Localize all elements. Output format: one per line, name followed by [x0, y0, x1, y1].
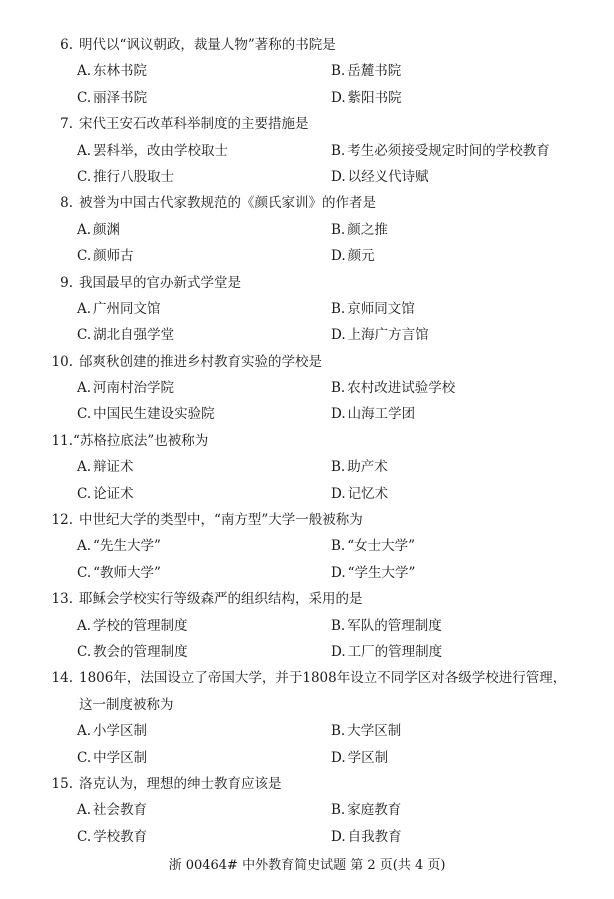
- option-row: C.推行八股取士 D.以经义代诗赋: [0, 164, 614, 190]
- option-letter: B.: [331, 217, 345, 243]
- option-letter: A.: [77, 375, 91, 401]
- option-c: C.学校教育: [77, 824, 147, 850]
- option-letter: A.: [77, 718, 91, 744]
- option-row: C.论证术 D.记忆术: [0, 481, 614, 507]
- option-letter: C.: [77, 639, 91, 665]
- question-text: “苏格拉底法”也被称为: [73, 428, 208, 454]
- option-text: 颜元: [348, 248, 375, 264]
- question-stem: 6. 明代以“讽议朝政，裁量人物”著称的书院是: [0, 32, 614, 58]
- option-text: 家庭教育: [347, 802, 401, 818]
- option-text: 河南村治学院: [93, 380, 174, 396]
- option-text: 上海广方言馆: [348, 327, 429, 343]
- option-a: A.河南村治学院: [77, 375, 174, 401]
- option-row: A.辩证术 B.助产术: [0, 454, 614, 480]
- exam-page: 6. 明代以“讽议朝政，裁量人物”著称的书院是 A.东林书院 B.岳麓书院 C.…: [0, 32, 614, 850]
- question-stem: 15. 洛克认为，理想的绅士教育应该是: [0, 771, 614, 797]
- question-number: 12.: [52, 507, 73, 533]
- option-row: A.广州同文馆 B.京师同文馆: [0, 296, 614, 322]
- option-d: D.记忆术: [331, 481, 388, 507]
- option-letter: A.: [77, 613, 91, 639]
- option-text: 学区制: [348, 750, 389, 766]
- question-number: 9.: [60, 270, 73, 296]
- option-text: 湖北自强学堂: [93, 327, 174, 343]
- option-letter: A.: [77, 58, 91, 84]
- option-text: 自我教育: [348, 829, 402, 845]
- option-c: C.“教师大学”: [77, 560, 161, 586]
- option-a: A.小学区制: [77, 718, 147, 744]
- question-number: 15.: [52, 771, 73, 797]
- option-letter: B.: [331, 296, 345, 322]
- option-text: 记忆术: [348, 486, 389, 502]
- option-letter: C.: [77, 164, 91, 190]
- option-d: D.学区制: [331, 745, 388, 771]
- question-stem: 10. 邰爽秋创建的推进乡村教育实验的学校是: [0, 349, 614, 375]
- option-text: 考生必须接受规定时间的学校教育: [347, 143, 550, 159]
- option-letter: C.: [77, 243, 91, 269]
- option-text: 紫阳书院: [348, 90, 402, 106]
- option-b: B.“女士大学”: [331, 533, 415, 559]
- question-11: 11. “苏格拉底法”也被称为 A.辩证术 B.助产术 C.论证术 D.记忆术: [0, 428, 614, 507]
- option-row: A.社会教育 B.家庭教育: [0, 797, 614, 823]
- option-b: B.考生必须接受规定时间的学校教育: [331, 138, 550, 164]
- option-row: C.学校教育 D.自我教育: [0, 824, 614, 850]
- option-row: A.学校的管理制度 B.军队的管理制度: [0, 613, 614, 639]
- question-stem: 13. 耶稣会学校实行等级森严的组织结构，采用的是: [0, 586, 614, 612]
- option-d: D.山海工学团: [331, 401, 415, 427]
- question-text: 邰爽秋创建的推进乡村教育实验的学校是: [79, 349, 322, 375]
- question-stem: 11. “苏格拉底法”也被称为: [0, 428, 614, 454]
- option-letter: B.: [331, 58, 345, 84]
- option-letter: D.: [331, 560, 346, 586]
- option-letter: A.: [77, 454, 91, 480]
- option-letter: B.: [331, 375, 345, 401]
- option-letter: C.: [77, 481, 91, 507]
- question-9: 9. 我国最早的官办新式学堂是 A.广州同文馆 B.京师同文馆 C.湖北自强学堂…: [0, 270, 614, 349]
- option-letter: D.: [331, 639, 346, 665]
- option-text: 颜渊: [93, 222, 120, 238]
- question-14: 14. 1806年，法国设立了帝国大学，并于1808年设立不同学区对各级学校进行…: [0, 665, 614, 771]
- option-text: 学校教育: [93, 829, 147, 845]
- option-row: C.中学区制 D.学区制: [0, 745, 614, 771]
- option-letter: C.: [77, 745, 91, 771]
- option-text: 岳麓书院: [347, 63, 401, 79]
- option-text: 推行八股取士: [93, 169, 174, 185]
- question-number: 14.: [52, 665, 73, 691]
- option-letter: D.: [331, 85, 346, 111]
- option-d: D.“学生大学”: [331, 560, 415, 586]
- option-c: C.推行八股取士: [77, 164, 174, 190]
- question-text: 被誉为中国古代家教规范的《颜氏家训》的作者是: [79, 190, 376, 216]
- option-letter: B.: [331, 138, 345, 164]
- option-letter: D.: [331, 481, 346, 507]
- option-text: 农村改进试验学校: [347, 380, 455, 396]
- question-7: 7. 宋代王安石改革科举制度的主要措施是 A.罢科举，改由学校取士 B.考生必须…: [0, 111, 614, 190]
- option-b: B.军队的管理制度: [331, 613, 442, 639]
- option-a: A.辩证术: [77, 454, 134, 480]
- question-text-continued: 这一制度被称为: [79, 692, 174, 718]
- question-13: 13. 耶稣会学校实行等级森严的组织结构，采用的是 A.学校的管理制度 B.军队…: [0, 586, 614, 665]
- option-b: B.大学区制: [331, 718, 401, 744]
- option-b: B.京师同文馆: [331, 296, 415, 322]
- option-c: C.中国民生建设实验院: [77, 401, 215, 427]
- question-8: 8. 被誉为中国古代家教规范的《颜氏家训》的作者是 A.颜渊 B.颜之推 C.颜…: [0, 190, 614, 269]
- question-text: 1806年，法国设立了帝国大学，并于1808年设立不同学区对各级学校进行管理，: [79, 665, 566, 691]
- option-text: 东林书院: [93, 63, 147, 79]
- question-stem-continued: 这一制度被称为: [0, 692, 614, 718]
- option-row: A.罢科举，改由学校取士 B.考生必须接受规定时间的学校教育: [0, 138, 614, 164]
- option-row: C.中国民生建设实验院 D.山海工学团: [0, 401, 614, 427]
- question-text: 洛克认为，理想的绅士教育应该是: [79, 771, 282, 797]
- option-text: 大学区制: [347, 723, 401, 739]
- question-6: 6. 明代以“讽议朝政，裁量人物”著称的书院是 A.东林书院 B.岳麓书院 C.…: [0, 32, 614, 111]
- option-text: 广州同文馆: [93, 301, 161, 317]
- question-text: 明代以“讽议朝政，裁量人物”著称的书院是: [79, 32, 336, 58]
- question-text: 耶稣会学校实行等级森严的组织结构，采用的是: [79, 586, 363, 612]
- question-stem: 12. 中世纪大学的类型中，“南方型”大学一般被称为: [0, 507, 614, 533]
- option-text: 中国民生建设实验院: [93, 406, 215, 422]
- option-text: “教师大学”: [93, 565, 161, 581]
- option-letter: B.: [331, 454, 345, 480]
- option-c: C.中学区制: [77, 745, 147, 771]
- option-text: 学校的管理制度: [93, 618, 188, 634]
- option-letter: A.: [77, 138, 91, 164]
- option-letter: B.: [331, 613, 345, 639]
- option-text: 丽泽书院: [93, 90, 147, 106]
- option-text: 颜师古: [93, 248, 134, 264]
- question-15: 15. 洛克认为，理想的绅士教育应该是 A.社会教育 B.家庭教育 C.学校教育…: [0, 771, 614, 850]
- question-stem: 9. 我国最早的官办新式学堂是: [0, 270, 614, 296]
- option-text: 以经义代诗赋: [348, 169, 429, 185]
- question-stem: 7. 宋代王安石改革科举制度的主要措施是: [0, 111, 614, 137]
- option-row: C.教会的管理制度 D.工厂的管理制度: [0, 639, 614, 665]
- option-letter: B.: [331, 797, 345, 823]
- option-row: A.小学区制 B.大学区制: [0, 718, 614, 744]
- option-c: C.教会的管理制度: [77, 639, 188, 665]
- option-text: “先生大学”: [93, 538, 161, 554]
- question-stem: 14. 1806年，法国设立了帝国大学，并于1808年设立不同学区对各级学校进行…: [0, 665, 614, 691]
- option-row: A.东林书院 B.岳麓书院: [0, 58, 614, 84]
- option-c: C.论证术: [77, 481, 134, 507]
- option-text: 教会的管理制度: [93, 644, 188, 660]
- option-row: C.丽泽书院 D.紫阳书院: [0, 85, 614, 111]
- option-b: B.助产术: [331, 454, 388, 480]
- option-letter: A.: [77, 217, 91, 243]
- option-text: 工厂的管理制度: [348, 644, 443, 660]
- option-letter: B.: [331, 533, 345, 559]
- question-text: 中世纪大学的类型中，“南方型”大学一般被称为: [79, 507, 363, 533]
- option-row: A.颜渊 B.颜之推: [0, 217, 614, 243]
- question-number: 6.: [60, 32, 73, 58]
- option-a: A.社会教育: [77, 797, 147, 823]
- option-d: D.颜元: [331, 243, 375, 269]
- question-text: 宋代王安石改革科举制度的主要措施是: [79, 111, 309, 137]
- option-d: D.上海广方言馆: [331, 322, 429, 348]
- option-row: A.“先生大学” B.“女士大学”: [0, 533, 614, 559]
- option-text: 社会教育: [93, 802, 147, 818]
- option-letter: D.: [331, 824, 346, 850]
- option-text: 罢科举，改由学校取士: [93, 143, 228, 159]
- option-letter: C.: [77, 560, 91, 586]
- option-a: A.颜渊: [77, 217, 120, 243]
- option-letter: D.: [331, 322, 346, 348]
- option-a: A.“先生大学”: [77, 533, 161, 559]
- question-number: 10.: [52, 349, 73, 375]
- option-text: 论证术: [93, 486, 134, 502]
- option-row: C.颜师古 D.颜元: [0, 243, 614, 269]
- option-letter: A.: [77, 533, 91, 559]
- question-number: 8.: [60, 190, 73, 216]
- option-a: A.东林书院: [77, 58, 147, 84]
- question-stem: 8. 被誉为中国古代家教规范的《颜氏家训》的作者是: [0, 190, 614, 216]
- option-letter: C.: [77, 824, 91, 850]
- option-a: A.学校的管理制度: [77, 613, 188, 639]
- option-text: 京师同文馆: [347, 301, 415, 317]
- option-text: 山海工学团: [348, 406, 416, 422]
- option-text: 小学区制: [93, 723, 147, 739]
- option-text: 军队的管理制度: [347, 618, 442, 634]
- page-footer: 浙 00464# 中外教育简史试题 第 2 页(共 4 页): [0, 854, 614, 873]
- option-d: D.紫阳书院: [331, 85, 402, 111]
- option-letter: C.: [77, 85, 91, 111]
- question-12: 12. 中世纪大学的类型中，“南方型”大学一般被称为 A.“先生大学” B.“女…: [0, 507, 614, 586]
- option-b: B.农村改进试验学校: [331, 375, 455, 401]
- option-letter: D.: [331, 164, 346, 190]
- option-b: B.家庭教育: [331, 797, 401, 823]
- option-text: 中学区制: [93, 750, 147, 766]
- option-a: A.广州同文馆: [77, 296, 161, 322]
- option-c: C.颜师古: [77, 243, 134, 269]
- question-number: 7.: [60, 111, 73, 137]
- option-letter: C.: [77, 401, 91, 427]
- option-row: C.“教师大学” D.“学生大学”: [0, 560, 614, 586]
- option-letter: A.: [77, 797, 91, 823]
- option-text: 颜之推: [347, 222, 388, 238]
- question-10: 10. 邰爽秋创建的推进乡村教育实验的学校是 A.河南村治学院 B.农村改进试验…: [0, 349, 614, 428]
- question-number: 11.: [52, 428, 73, 454]
- option-text: “学生大学”: [348, 565, 416, 581]
- option-text: 辩证术: [93, 459, 134, 475]
- option-text: 助产术: [347, 459, 388, 475]
- option-letter: D.: [331, 243, 346, 269]
- option-b: B.颜之推: [331, 217, 388, 243]
- option-letter: D.: [331, 401, 346, 427]
- option-b: B.岳麓书院: [331, 58, 401, 84]
- question-number: 13.: [52, 586, 73, 612]
- option-d: D.以经义代诗赋: [331, 164, 429, 190]
- option-c: C.丽泽书院: [77, 85, 147, 111]
- option-letter: D.: [331, 745, 346, 771]
- option-letter: A.: [77, 296, 91, 322]
- option-d: D.自我教育: [331, 824, 402, 850]
- option-letter: C.: [77, 322, 91, 348]
- option-c: C.湖北自强学堂: [77, 322, 174, 348]
- question-text: 我国最早的官办新式学堂是: [79, 270, 241, 296]
- option-letter: B.: [331, 718, 345, 744]
- option-row: C.湖北自强学堂 D.上海广方言馆: [0, 322, 614, 348]
- option-a: A.罢科举，改由学校取士: [77, 138, 228, 164]
- option-d: D.工厂的管理制度: [331, 639, 442, 665]
- option-row: A.河南村治学院 B.农村改进试验学校: [0, 375, 614, 401]
- option-text: “女士大学”: [347, 538, 415, 554]
